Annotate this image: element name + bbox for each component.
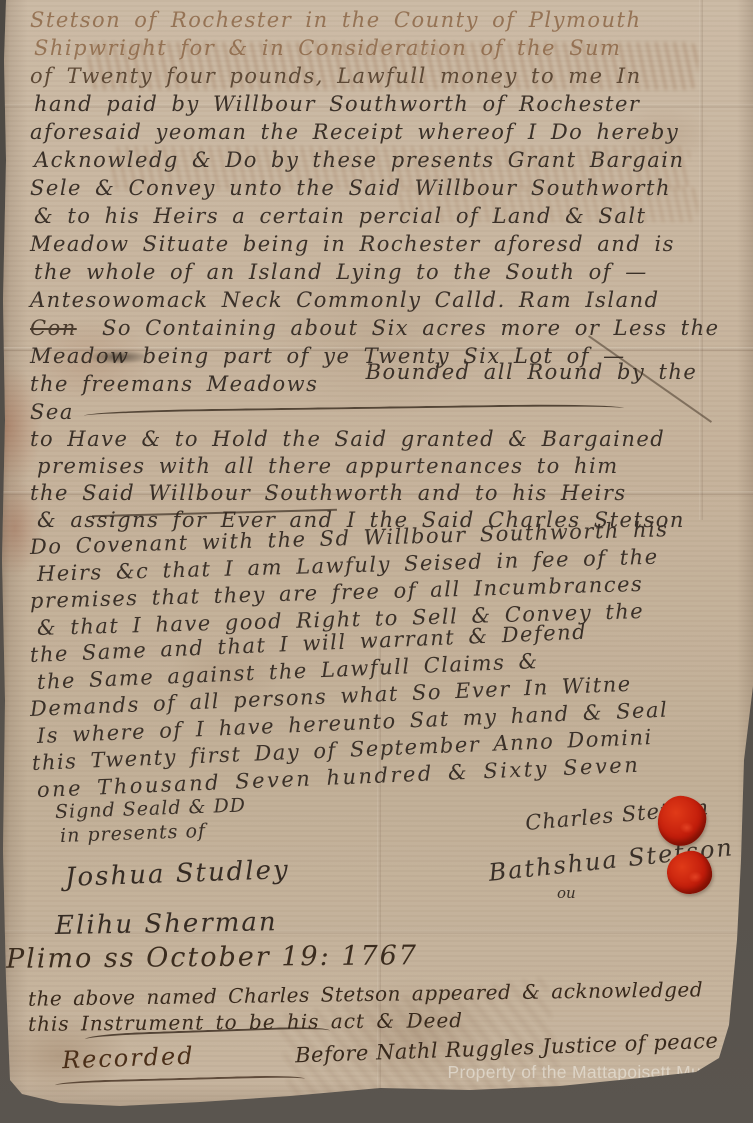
museum-watermark: Property of the Mattapoisett Museum bbox=[448, 1062, 745, 1083]
struck-word: Con bbox=[30, 316, 77, 340]
deed-line: Sele & Convey unto the Said Willbour Sou… bbox=[30, 174, 732, 202]
witness-signature: Joshua Studley bbox=[65, 855, 291, 893]
deed-text: Stetson of Rochester in the County of Pl… bbox=[30, 6, 732, 804]
deed-paper: Stetson of Rochester in the County of Pl… bbox=[0, 0, 753, 1123]
containing-text: So Containing about Six acres more or Le… bbox=[102, 316, 720, 340]
signature-flourish: ou bbox=[557, 884, 576, 902]
sea-word: Sea bbox=[30, 398, 74, 426]
deed-line: aforesaid yeoman the Receipt whereof I D… bbox=[30, 118, 732, 146]
deed-line: the Said Willbour Southworth and to his … bbox=[30, 480, 732, 507]
pen-underline bbox=[55, 1075, 305, 1090]
witness-signature: Elihu Sherman bbox=[55, 907, 290, 941]
freemans-line: the freemans Meadows Bounded all Round b… bbox=[30, 370, 732, 398]
deed-line: to Have & to Hold the Said granted & Bar… bbox=[30, 426, 732, 453]
deed-line: the whole of an Island Lying to the Sout… bbox=[34, 258, 732, 286]
venue-date: Plimo ss October 19: 1767 bbox=[6, 940, 418, 975]
recorded-note: Recorded bbox=[62, 1042, 195, 1075]
deed-line: & to his Heirs a certain percial of Land… bbox=[34, 202, 732, 230]
deed-line: Shipwright for & in Consideration of the… bbox=[34, 34, 732, 62]
deed-line: premises with all there appurtenances to… bbox=[37, 453, 732, 480]
deed-line: Antesowomack Neck Commonly Calld. Ram Is… bbox=[30, 286, 732, 314]
deed-line: hand paid by Willbour Southworth of Roch… bbox=[34, 90, 732, 118]
attestation-block: Signd Seald & DD in presents of Joshua S… bbox=[55, 797, 290, 939]
ink-blot bbox=[88, 350, 150, 364]
deed-line: of Twenty four pounds, Lawfull money to … bbox=[30, 62, 732, 90]
containing-line: Con So Containing about Six acres more o… bbox=[30, 314, 732, 342]
freemans-left: the freemans Meadows bbox=[30, 372, 318, 396]
ink-bleed-through bbox=[278, 977, 561, 1123]
pen-rule bbox=[84, 403, 624, 421]
deed-photo: Stetson of Rochester in the County of Pl… bbox=[0, 0, 753, 1123]
deed-opening-lines: Stetson of Rochester in the County of Pl… bbox=[30, 6, 732, 314]
freemans-right: Bounded all Round by the bbox=[366, 358, 698, 386]
deed-habendum-lines: to Have & to Hold the Said granted & Bar… bbox=[30, 426, 732, 804]
sea-line: Sea bbox=[30, 398, 732, 426]
deed-line: Meadow Situate being in Rochester afores… bbox=[30, 230, 732, 258]
deed-line: Acknowledg & Do by these presents Grant … bbox=[34, 146, 732, 174]
deed-line: Stetson of Rochester in the County of Pl… bbox=[30, 6, 732, 34]
